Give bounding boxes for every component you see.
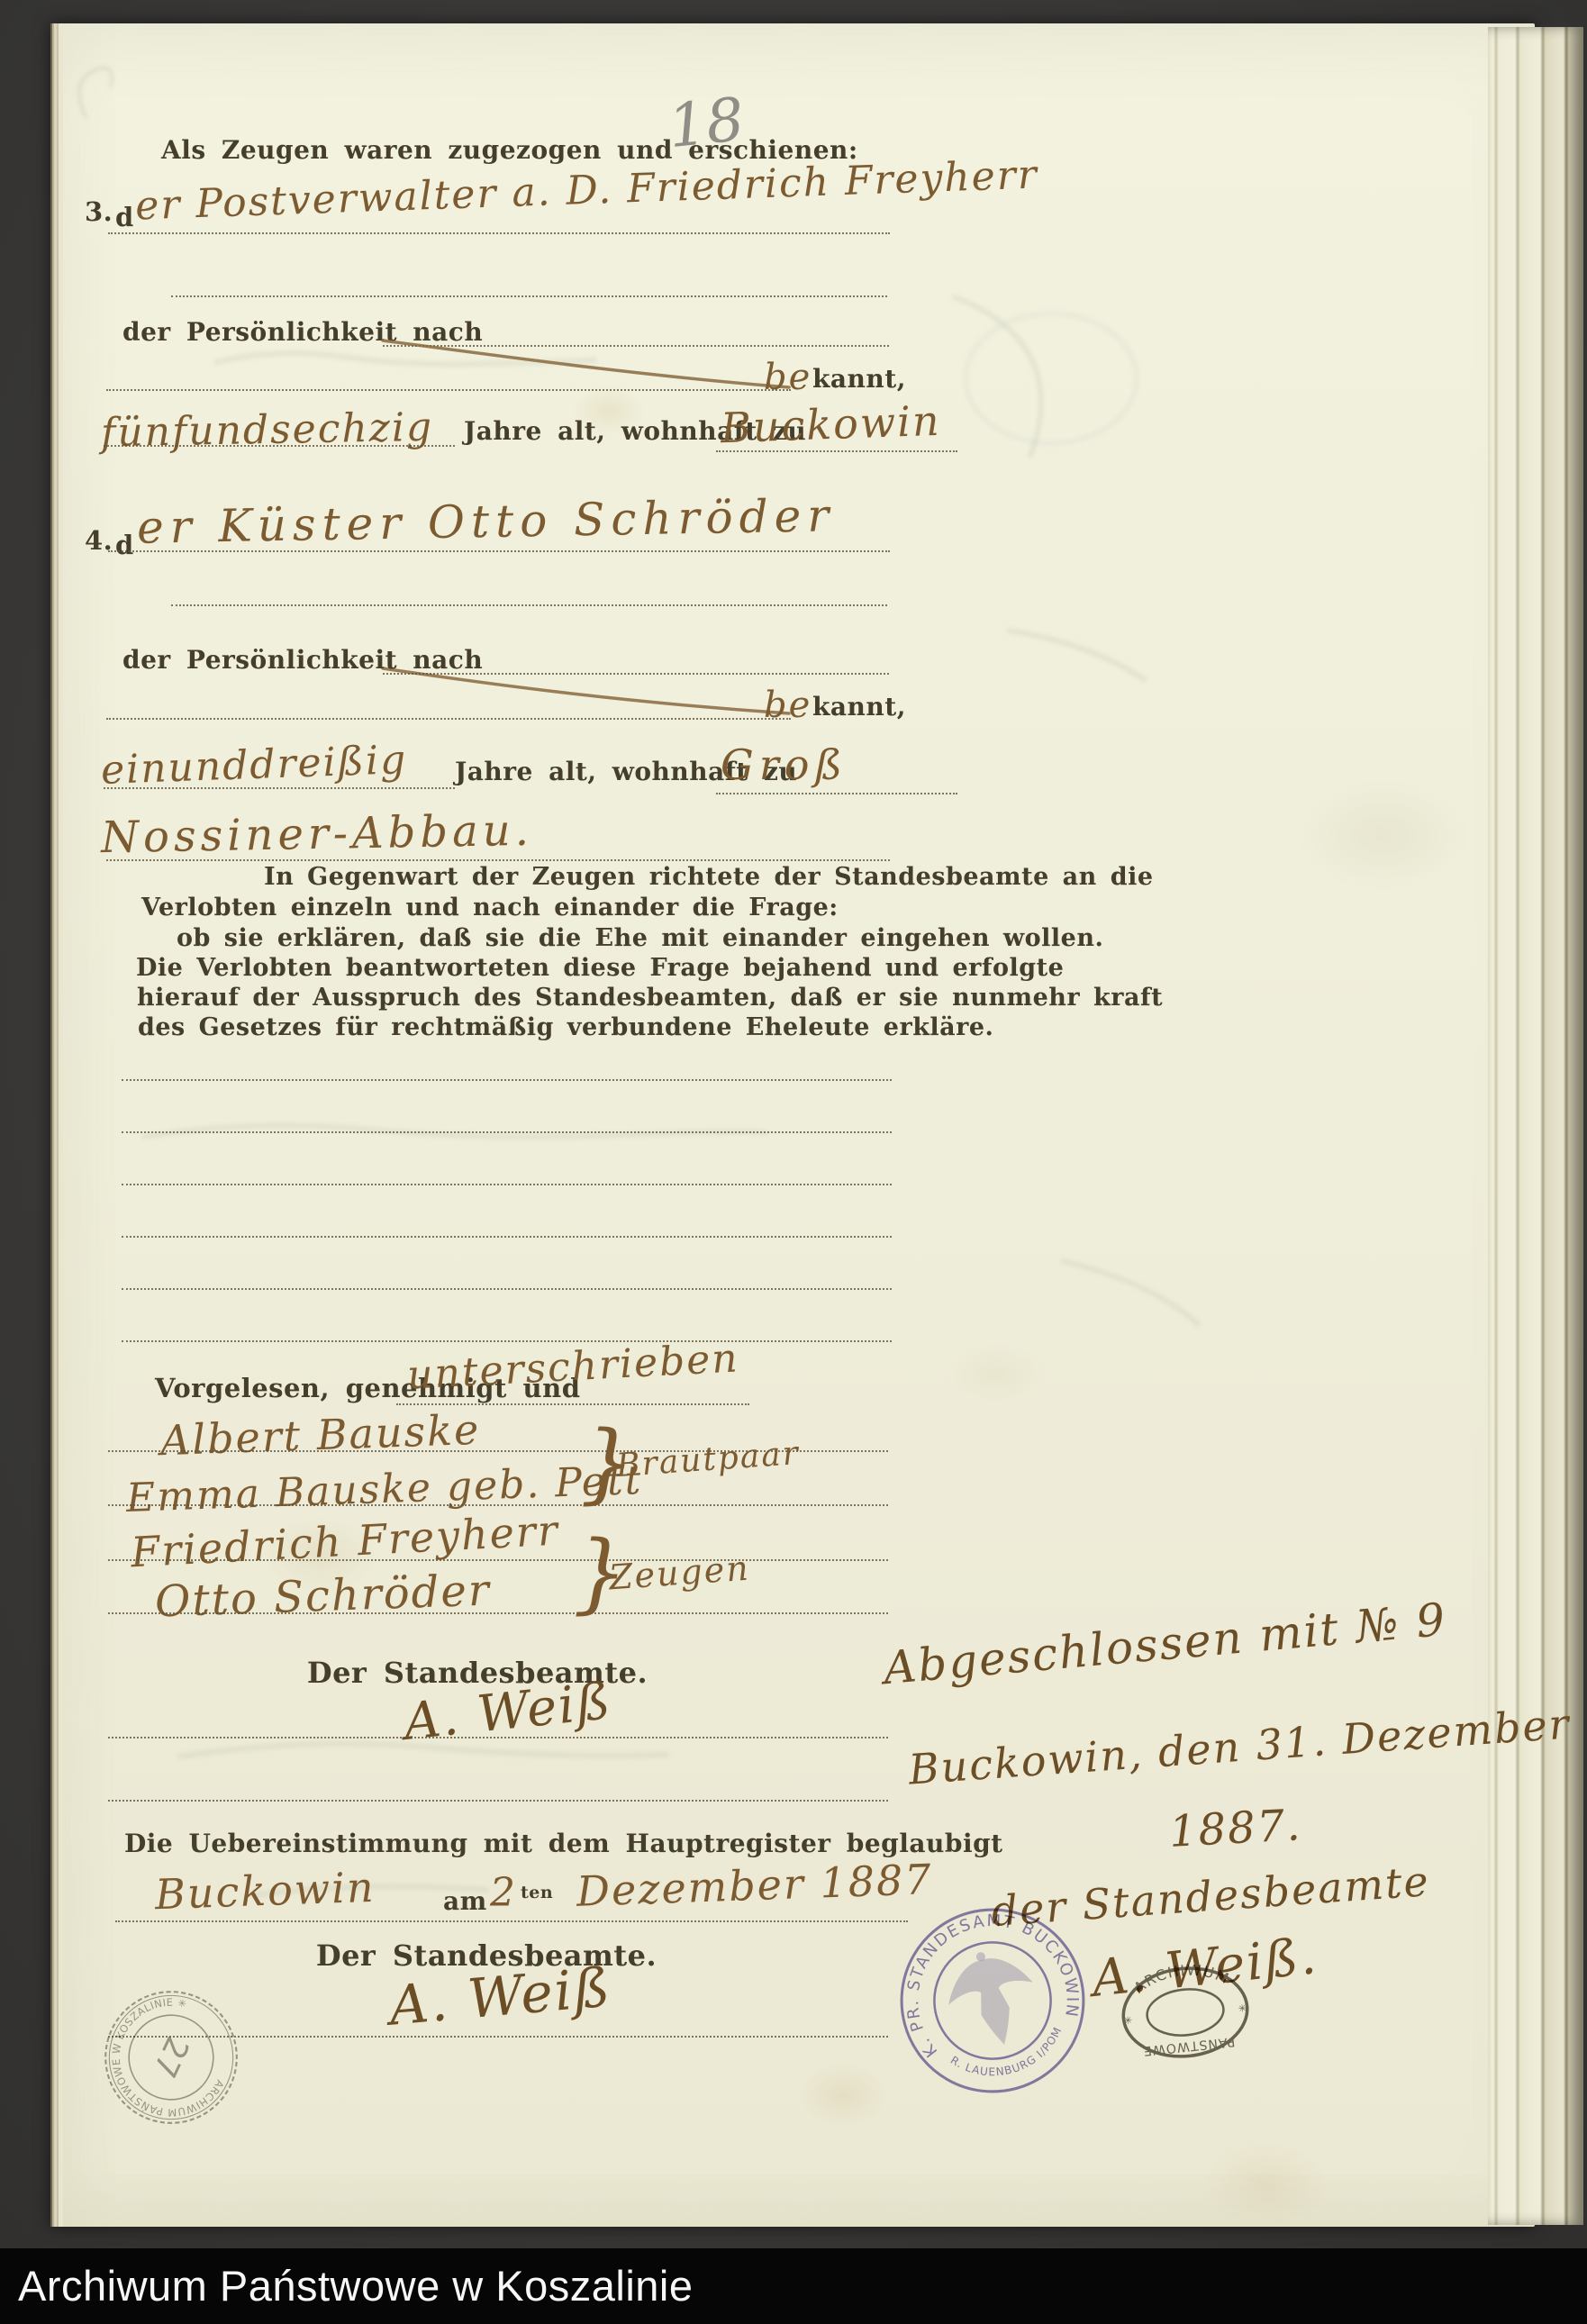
certification-place: Buckowin [154,1863,376,1919]
oval-stamp-star-left: ✳ [1123,2014,1133,2027]
dotted-line [104,445,455,447]
dotted-line [108,1612,888,1614]
dotted-line [122,1288,892,1290]
dotted-line [106,859,890,861]
bekannt-handwritten-1: be [764,357,812,398]
dotted-line [108,550,890,552]
declaration-line-4: Die Verlobten beantworteten diese Frage … [136,954,1064,982]
archive-name: Archiwum Państwowe w Koszalinie [18,2248,694,2324]
dotted-line [122,1131,892,1133]
am-label: am [443,1886,487,1916]
dotted-line [108,1737,888,1738]
witness4-printed-d: d [115,530,134,560]
archive-footer-bar: Archiwum Państwowe w Koszalinie [0,2248,1587,2324]
dotted-line [108,1504,888,1506]
declaration-line-1: In Gegenwart der Zeugen richtete der Sta… [264,863,1154,891]
witness3-age-handwritten: fünfundsechzig [101,404,434,456]
dotted-line [383,673,889,675]
scanned-registry-page: 18 Als Zeugen waren zugezogen und erschi… [0,0,1587,2324]
dotted-line [122,1079,892,1081]
witness4-residence-line1: Groß [721,740,848,789]
dotted-line [171,604,887,606]
dotted-line [396,1403,749,1405]
bekannt-printed-1: kannt, [812,364,906,394]
declaration-line-6: des Gesetzes für rechtmäßig verbundene E… [138,1013,993,1041]
koszalin-stamp-number: 27 [145,2031,195,2083]
declaration-line-5: hierauf der Ausspruch des Standesbeamten… [137,984,1163,1012]
certification-statement: Die Uebereinstimmung mit dem Hauptregist… [124,1829,1003,1858]
oval-stamp-star-right: ✳ [1238,2002,1247,2015]
dotted-line [716,450,957,452]
dotted-line [716,793,957,794]
declaration-line-2: Verlobten einzeln und nach einander die … [141,894,839,921]
dotted-line [108,1800,888,1802]
certification-day: 2 [490,1870,517,1916]
dotted-line [104,787,455,789]
bekannt-printed-2: kannt, [812,692,906,722]
prussian-eagle-emblem [939,1948,1047,2056]
persoenlichkeit-label-2: der Persönlichkeit nach [122,645,483,675]
ten-suffix: ten [521,1883,553,1902]
archiwum-panstwowe-oval-stamp: ARCHIWUM PAŃSTWOWE ✳ ✳ [1112,1956,1258,2067]
dotted-line [106,718,791,720]
dotted-line [108,1559,888,1561]
dotted-line [122,1184,892,1185]
declaration-line-3: ob sie erklären, daß sie die Ehe mit ein… [177,924,1103,952]
dotted-line [122,1340,892,1342]
witness3-residence-handwritten: Buckowin [720,396,941,452]
witness4-residence-line2: Nossiner-Abbau. [101,805,534,863]
dotted-line [106,389,791,391]
dotted-line [122,1236,892,1238]
bekannt-handwritten-2: be [764,685,812,726]
closing-note-line3: 1887. [1168,1800,1303,1857]
dotted-line [115,1920,908,1922]
